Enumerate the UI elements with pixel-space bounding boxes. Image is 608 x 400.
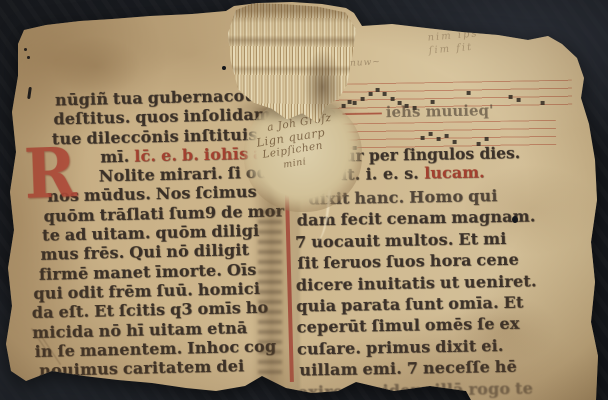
parchment-shape: ▪▪▪▪▪▪▪▪▪▪▪▪▪▪▪▪▪▪▪▪▪▪▪▪▪▪ nūgiñ tua gub…: [0, 0, 608, 400]
manuscript-leaf: ▪▪▪▪▪▪▪▪▪▪▪▪▪▪▪▪▪▪▪▪▪▪▪▪▪▪ nūgiñ tua gub…: [0, 0, 608, 400]
photo-background: ▪▪▪▪▪▪▪▪▪▪▪▪▪▪▪▪▪▪▪▪▪▪▪▪▪▪ nūgiñ tua gub…: [0, 0, 608, 400]
edge-vignette: [0, 0, 608, 400]
